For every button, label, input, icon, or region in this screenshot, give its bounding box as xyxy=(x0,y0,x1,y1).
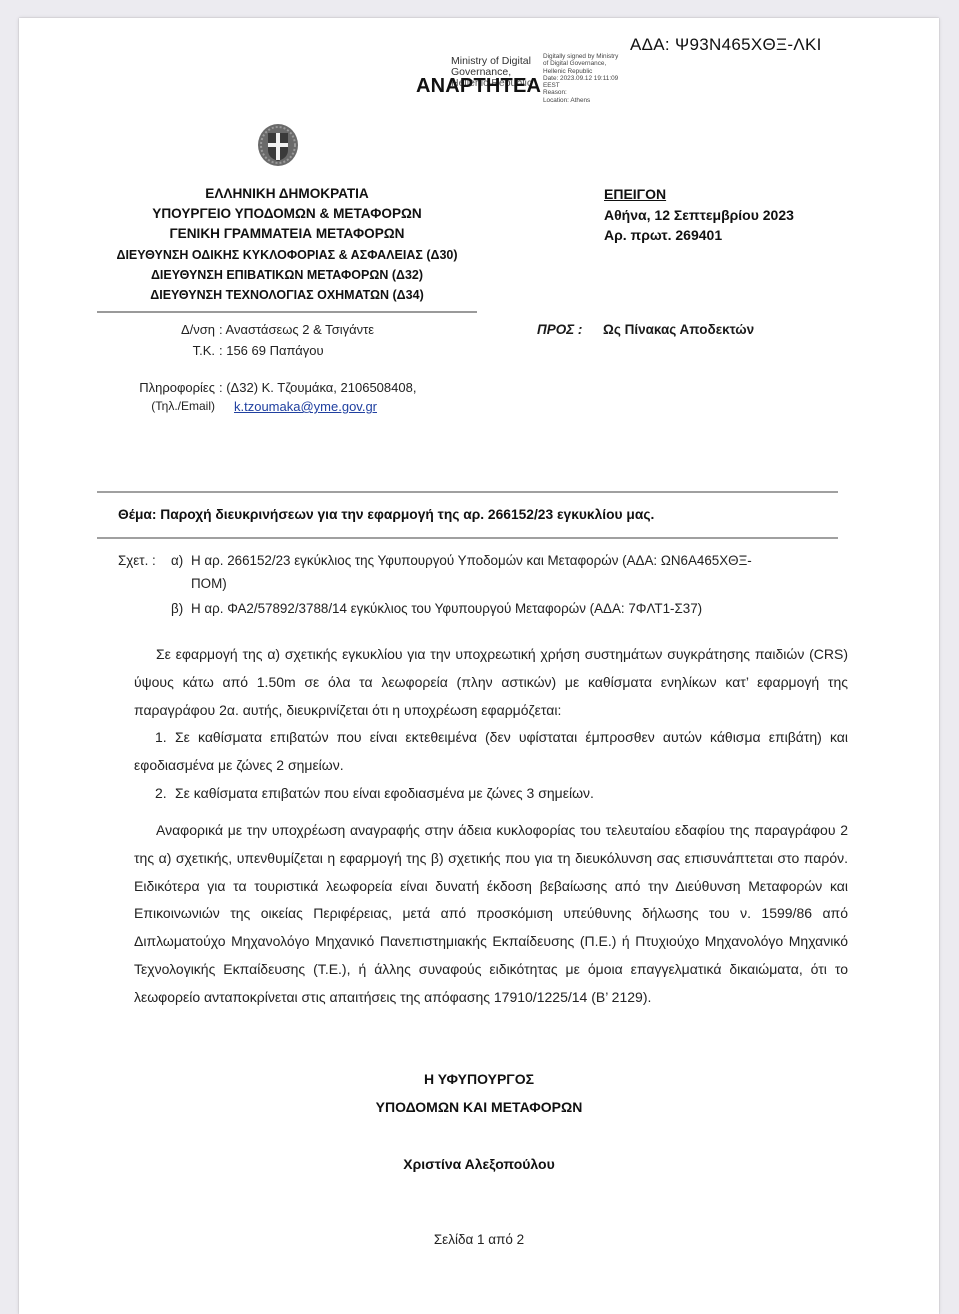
zip-value: : 156 69 Παπάγου xyxy=(219,343,324,358)
subject-top-divider xyxy=(97,491,838,493)
signature-detail-line: EEST xyxy=(543,82,618,89)
header-line: ΥΠΟΥΡΓΕΙΟ ΥΠΟΔΟΜΩΝ & ΜΕΤΑΦΟΡΩΝ xyxy=(97,204,477,224)
signature-detail-line: Reason: xyxy=(543,89,618,96)
info-value: : (Δ32) Κ. Τζουμάκα, 2106508408, xyxy=(219,380,416,395)
reference-b-text: Η αρ. ΦΑ2/57892/3788/14 εγκύκλιος του Υφ… xyxy=(191,601,702,616)
reference-b-marker: β) xyxy=(171,601,183,616)
list-text: Σε καθίσματα επιβατών που είναι εφοδιασμ… xyxy=(175,785,594,801)
header-line: ΕΛΛΗΝΙΚΗ ΔΗΜΟΚΡΑΤΙΑ xyxy=(97,184,477,204)
zip-label: Τ.Κ. xyxy=(75,343,215,358)
body-intro-paragraph: Σε εφαρμογή της α) σχετικής εγκυκλίου γι… xyxy=(134,641,848,724)
signature-detail-line: of Digital Governance, xyxy=(543,60,618,67)
issuer-header: ΕΛΛΗΝΙΚΗ ΔΗΜΟΚΡΑΤΙΑ ΥΠΟΥΡΓΕΙΟ ΥΠΟΔΟΜΩΝ &… xyxy=(97,184,477,305)
references-label: Σχετ. : xyxy=(118,553,156,568)
signature-detail-line: Date: 2023.09.12 19:11:09 xyxy=(543,75,618,82)
signer-title-line2: ΥΠΟΔΟΜΩΝ ΚΑΙ ΜΕΤΑΦΟΡΩΝ xyxy=(19,1099,939,1115)
subject-line: Θέμα: Παροχή διευκρινήσεων για την εφαρμ… xyxy=(118,507,654,522)
recipient-label: ΠΡΟΣ : xyxy=(537,322,582,337)
urgency-label: ΕΠΕΙΓΟΝ xyxy=(604,184,794,205)
greek-coat-of-arms-icon xyxy=(256,122,300,168)
signer-title-line1: Η ΥΦΥΠΟΥΡΓΟΣ xyxy=(19,1071,939,1087)
signature-detail-line: Hellenic Republic xyxy=(543,68,618,75)
list-text: Σε καθίσματα επιβατών που είναι εκτεθειμ… xyxy=(134,729,848,773)
header-line: ΓΕΝΙΚΗ ΓΡΑΜΜΑΤΕΙΑ ΜΕΤΑΦΟΡΩΝ xyxy=(97,224,477,244)
page-indicator: Σελίδα 1 από 2 xyxy=(19,1232,939,1247)
recipient-value: Ως Πίνακας Αποδεκτών xyxy=(603,322,754,337)
header-divider xyxy=(97,311,477,313)
list-item: 1.Σε καθίσματα επιβατών που είναι εκτεθε… xyxy=(134,724,848,780)
ada-code: ΑΔΑ: Ψ93Ν465ΧΘΞ-ΛΚΙ xyxy=(630,35,822,55)
subject-bottom-divider xyxy=(97,537,838,539)
contact-label: (Τηλ./Email) xyxy=(75,399,215,413)
header-line: ΔΙΕΥΘΥΝΣΗ ΤΕΧΝΟΛΟΓΙΑΣ ΟΧΗΜΑΤΩΝ (Δ34) xyxy=(97,285,477,305)
signature-detail-line: Location: Athens xyxy=(543,97,618,104)
header-line: ΔΙΕΥΘΥΝΣΗ ΕΠΙΒΑΤΙΚΩΝ ΜΕΤΑΦΟΡΩΝ (Δ32) xyxy=(97,265,477,285)
reference-a-marker: α) xyxy=(171,553,183,568)
document-meta: ΕΠΕΙΓΟΝ Αθήνα, 12 Σεπτεμβρίου 2023 Αρ. π… xyxy=(604,184,794,246)
digital-signature-details: Digitally signed by Ministry of Digital … xyxy=(543,53,618,104)
email-link[interactable]: k.tzoumaka@yme.gov.gr xyxy=(234,399,377,414)
list-number: 2. xyxy=(155,780,175,808)
protocol-number: Αρ. πρωτ. 269401 xyxy=(604,225,794,246)
body-section-registration: Αναφορικά με την υποχρέωση αναγραφής στη… xyxy=(134,817,848,1012)
list-number: 1. xyxy=(155,724,175,752)
street-value: : Αναστάσεως 2 & Τσιγάντε xyxy=(219,322,374,337)
body-section-crs: Σε εφαρμογή της α) σχετικής εγκυκλίου γι… xyxy=(134,641,848,808)
posting-label: ΑΝΑΡΤΗΤΕΑ xyxy=(416,75,541,98)
reference-a-text: Η αρ. 266152/23 εγκύκλιος της Υφυπουργού… xyxy=(191,553,752,568)
document-date: Αθήνα, 12 Σεπτεμβρίου 2023 xyxy=(604,205,794,226)
list-item: 2.Σε καθίσματα επιβατών που είναι εφοδια… xyxy=(134,780,848,808)
document-page: ΑΔΑ: Ψ93Ν465ΧΘΞ-ΛΚΙ Ministry of Digital … xyxy=(19,18,939,1314)
reference-a-text-cont: ΠΟΜ) xyxy=(191,576,227,591)
signer-name: Χριστίνα Αλεξοπούλου xyxy=(19,1156,939,1172)
header-line: ΔΙΕΥΘΥΝΣΗ ΟΔΙΚΗΣ ΚΥΚΛΟΦΟΡΙΑΣ & ΑΣΦΑΛΕΙΑΣ… xyxy=(97,245,477,265)
body-paragraph-2: Αναφορικά με την υποχρέωση αναγραφής στη… xyxy=(134,817,848,1012)
street-label: Δ/νση xyxy=(75,322,215,337)
info-label: Πληροφορίες xyxy=(75,380,215,395)
signature-detail-line: Digitally signed by Ministry xyxy=(543,53,618,60)
